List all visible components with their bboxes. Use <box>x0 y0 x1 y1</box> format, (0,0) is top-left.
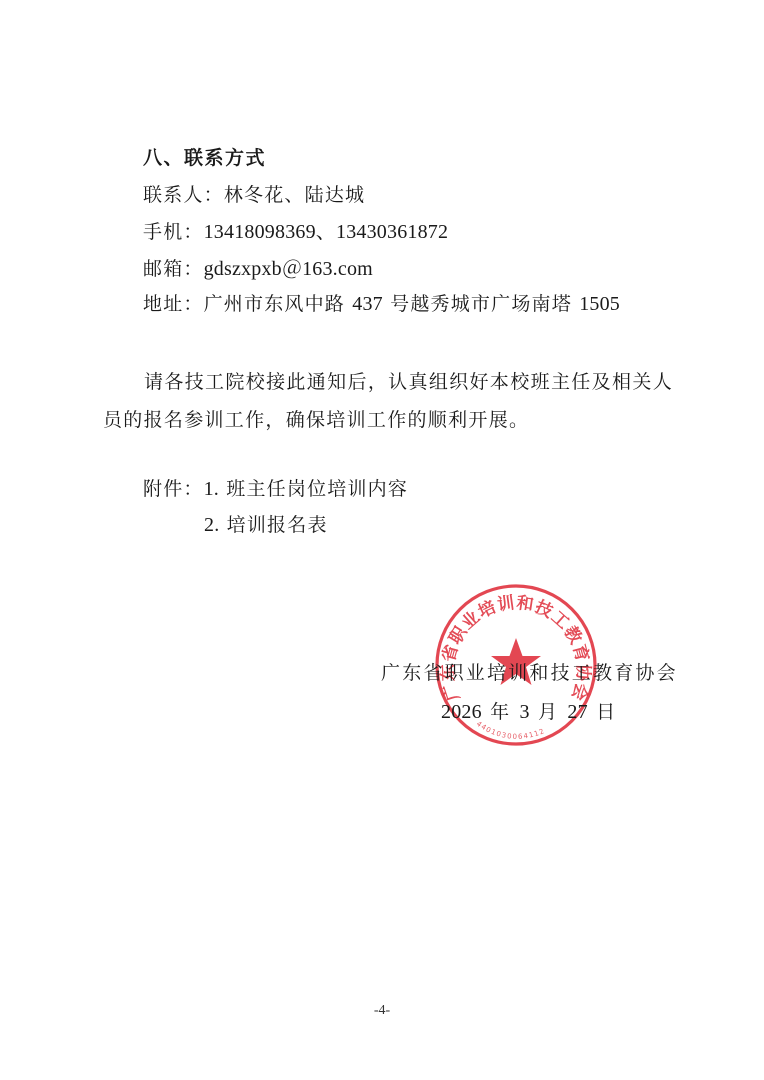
date-month-unit: 月 <box>538 701 559 723</box>
notice-paragraph: 请各技工院校接此通知后，认真组织好本校班主任及相关人员的报名参训工作，确保培训工… <box>103 363 673 439</box>
page-number: -4- <box>0 1003 764 1019</box>
contact-person-value: 林冬花、陆达城 <box>224 184 365 206</box>
phone-row: 手机：13418098369、13430361872 <box>143 220 448 244</box>
contact-person-label: 联系人： <box>143 184 224 206</box>
signature-organization: 广东省职业培训和技工教育协会 <box>381 658 678 685</box>
phone-label: 手机： <box>143 221 204 243</box>
attachment-row-1: 附件：1. 班主任岗位培训内容 <box>143 477 408 501</box>
attachment-row-2: 2. 培训报名表 <box>204 513 328 537</box>
date-year-unit: 年 <box>490 701 511 723</box>
attachment-title: 培训报名表 <box>227 514 328 536</box>
date-month: 3 <box>520 701 530 723</box>
date-day-unit: 日 <box>596 701 617 723</box>
document-page: 八、联系方式 联系人：林冬花、陆达城 手机：13418098369、134303… <box>0 0 764 1080</box>
attachments-label: 附件： <box>143 478 204 500</box>
address-room: 1505 <box>579 293 620 315</box>
email-label: 邮箱： <box>143 258 204 280</box>
date-day: 27 <box>567 701 587 723</box>
phone-value: 13418098369、13430361872 <box>204 221 449 243</box>
address-mid: 号越秀城市广场南塔 <box>390 293 572 315</box>
address-label: 地址： <box>143 293 204 315</box>
address-prefix: 广州市东风中路 <box>204 293 345 315</box>
address-street-number: 437 <box>352 293 383 315</box>
attachment-number: 1. <box>204 478 219 500</box>
signature-date: 2026 年 3 月 27 日 <box>441 697 617 724</box>
attachment-title: 班主任岗位培训内容 <box>226 478 408 500</box>
section-heading: 八、联系方式 <box>143 146 266 170</box>
date-year: 2026 <box>441 701 482 723</box>
email-value: gdszxpxb＠163.com <box>204 258 373 280</box>
contact-person-row: 联系人：林冬花、陆达城 <box>143 183 365 207</box>
address-row: 地址：广州市东风中路 437 号越秀城市广场南塔 1505 <box>143 292 620 316</box>
attachment-number: 2. <box>204 514 219 536</box>
email-row: 邮箱：gdszxpxb＠163.com <box>143 257 373 281</box>
